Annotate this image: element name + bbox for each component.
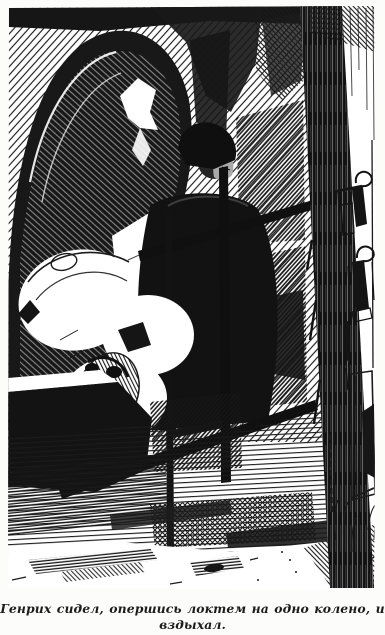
illustration-drawing — [0, 0, 385, 635]
book-page: Генрих сидел, опершись локтем на одно ко… — [0, 0, 385, 635]
illustration-figure: Генрих сидел, опершись локтем на одно ко… — [0, 0, 385, 635]
illustration-caption: Генрих сидел, опершись локтем на одно ко… — [0, 601, 385, 633]
